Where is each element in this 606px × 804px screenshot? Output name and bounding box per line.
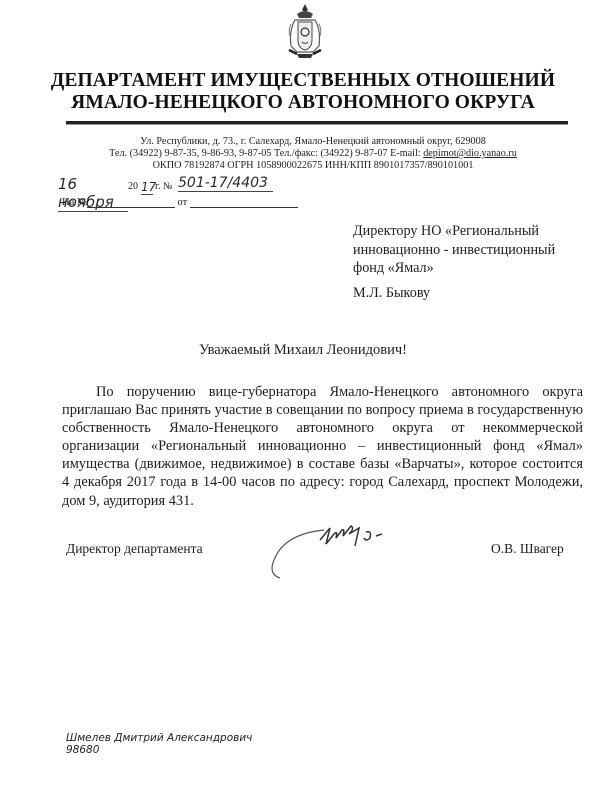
addressee-block: Директору НО «Региональный инновационно … xyxy=(353,222,593,278)
executor-phone: 98680 xyxy=(66,744,252,756)
body-line: приглашаю Вас принять участие в совещани… xyxy=(62,401,583,419)
executor-block: Шмелев Дмитрий Александрович 98680 xyxy=(66,732,252,756)
coat-of-arms-emblem-icon xyxy=(283,2,327,62)
reference-label: На № xyxy=(62,197,87,208)
phones-text: Тел. (34922) 9-87-35, 9-86-93, 9-87-05 Т… xyxy=(109,148,423,159)
signer-name: О.В. Швагер xyxy=(491,541,564,557)
year-suffix: 17 xyxy=(141,180,153,195)
contacts-line: Тел. (34922) 9-87-35, 9-86-93, 9-87-05 Т… xyxy=(60,148,566,160)
signer-role: Директор департамента xyxy=(66,541,203,557)
body-line: дом 9, аудитория 431. xyxy=(62,492,583,510)
department-title-line1: ДЕПАРТАМЕНТ ИМУЩЕСТВЕННЫХ ОТНОШЕНИЙ xyxy=(0,69,606,92)
body-line: собственность Ямало-Ненецкого автономног… xyxy=(62,419,583,437)
letter-body: По поручению вице-губернатора Ямало-Нене… xyxy=(62,383,583,510)
reference-line: На № от xyxy=(62,197,298,208)
executor-name: Шмелев Дмитрий Александрович xyxy=(66,732,252,744)
year-prefix: 20 xyxy=(128,181,138,192)
registration-number: 501-17/4403 xyxy=(178,175,273,192)
body-line: 4 декабря 2017 года в 14-00 часов по адр… xyxy=(62,473,583,491)
reference-number-blank xyxy=(87,197,175,208)
body-line: организации «Региональный инновационно –… xyxy=(62,437,583,455)
addressee-name: М.Л. Быкову xyxy=(353,285,430,302)
salutation: Уважаемый Михаил Леонидович! xyxy=(0,342,606,359)
addressee-line1: Директору НО «Региональный xyxy=(353,222,593,241)
addressee-line3: фонд «Ямал» xyxy=(353,259,593,278)
reference-date-blank xyxy=(190,197,298,208)
number-label: г. № xyxy=(155,181,173,192)
address-line: Ул. Республики, д. 73., г. Салехард, Яма… xyxy=(60,136,566,148)
registry-codes-line: ОКПО 78192874 ОГРН 1058900022675 ИНН/КПП… xyxy=(60,160,566,172)
body-line: имущества (движимое, недвижимое) в соста… xyxy=(62,455,583,473)
header-divider xyxy=(66,121,568,124)
reference-from-label: от xyxy=(178,197,188,208)
body-line: По поручению вице-губернатора Ямало-Нене… xyxy=(62,383,583,401)
email-link[interactable]: depimot@dio.yanao.ru xyxy=(423,148,517,159)
addressee-line2: инновационно - инвестиционный xyxy=(353,241,593,260)
department-title-line2: ЯМАЛО-НЕНЕЦКОГО АВТОНОМНОГО ОКРУГА xyxy=(0,91,606,114)
handwritten-signature-icon xyxy=(262,520,402,590)
